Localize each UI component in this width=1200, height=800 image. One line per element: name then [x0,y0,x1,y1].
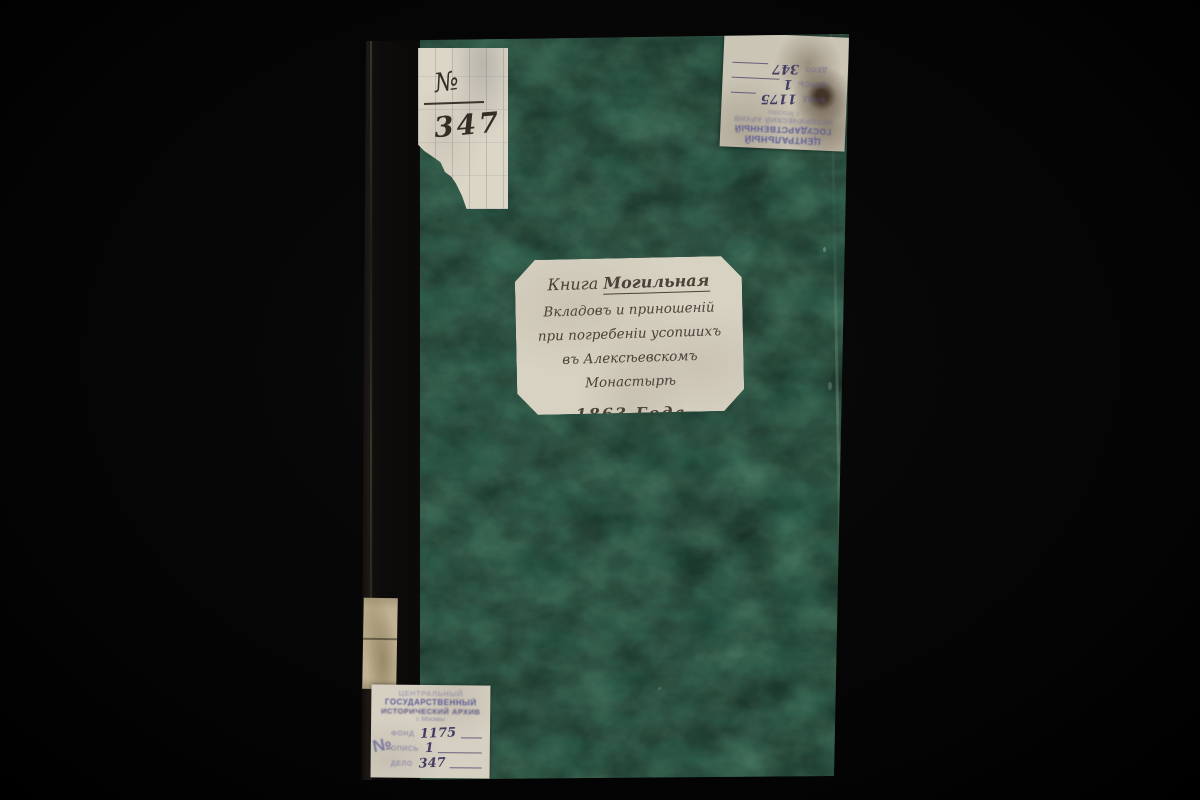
archive-stamp-label-bottom: ЦЕНТРАЛЬНЫЙ ГОСУДАРСТВЕННЫЙ ИСТОРИЧЕСКИЙ… [371,684,491,778]
field-name: ОПИСЬ [391,746,419,755]
wear-mark [823,247,826,252]
stamp-field-fond: ФОНД 1175 [726,89,826,107]
delo-number: 347 [418,757,446,770]
field-underline [461,737,482,738]
call-number: 347 [433,105,510,144]
stamp-fields: ФОНД 1175 ОПИСЬ 1 ДЕЛО 347 [726,60,843,109]
opis-number: 1 [425,743,435,755]
field-underline [732,62,768,65]
field-name: ДЕЛО [805,63,827,73]
field-underline [438,752,482,753]
title-line-1: Книга Могильная [515,270,742,296]
title-label: Книга Могильная Вкладовъ и приношеній пр… [514,256,744,416]
upside-down-stamp: ЦЕНТРАЛЬНЫЙ ГОСУДАРСТВЕННЫЙ ИСТОРИЧЕСКИЙ… [720,32,850,151]
number-sign: № [432,59,509,99]
book-cover: № 347 ЦЕНТРАЛЬНЫЙ ГОСУДАРСТВЕННЫЙ ИСТОРИ… [358,32,852,782]
field-name: ФОНД [802,93,826,103]
archive-stamp-label-top: ЦЕНТРАЛЬНЫЙ ГОСУДАРСТВЕННЫЙ ИСТОРИЧЕСКИЙ… [720,32,850,151]
stamp-fields: № ФОНД 1175 ОПИСЬ 1 ДЕЛО 347 [375,725,486,770]
title-word-kniga: Книга [547,274,598,295]
stamp-org-line: г. Москвы [375,715,486,723]
wear-mark [828,382,832,390]
field-underline [450,767,482,768]
fond-number: 1175 [760,92,796,104]
title-line-4: въ Алексѣевскомъ Монастырѣ [516,343,744,398]
field-underline [731,92,756,94]
tape-crease [363,638,397,641]
spine-tape-remnant [362,598,398,690]
photograph-background: № 347 ЦЕНТРАЛЬНЫЙ ГОСУДАРСТВЕННЫЙ ИСТОРИ… [0,0,1200,800]
stamp-field-delo: ДЕЛО 347 [391,756,486,771]
wear-mark [658,687,661,690]
field-name: ФОНД [391,731,415,740]
handwritten-rule [424,101,484,105]
fond-number: 1175 [420,727,457,741]
delo-number: 347 [772,62,799,74]
stamp-field-opis: ОПИСЬ 1 [391,741,486,756]
field-name: ДЕЛО [391,761,413,770]
field-name: ОПИСЬ [798,78,826,88]
opis-number: 1 [783,77,792,89]
field-underline [732,77,780,80]
title-word-mogilnaya: Могильная [603,271,710,295]
stamp-field-fond: ФОНД 1175 [391,726,486,741]
